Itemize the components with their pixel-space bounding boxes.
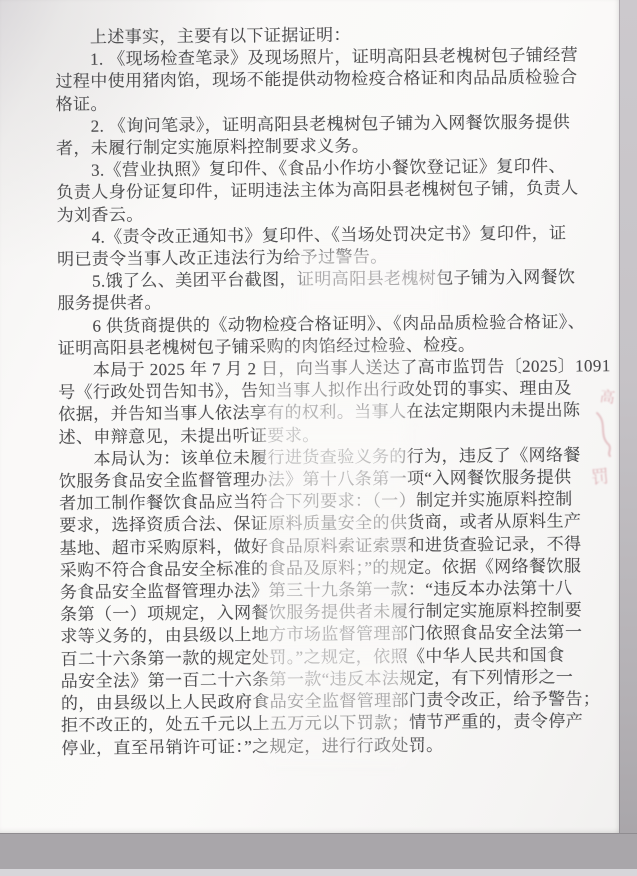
seal-stroke-mark (594, 411, 616, 457)
paper-sheet: 上述事实，主要有以下证据证明： 1. 《现场检查笔录》及现场照片，证明高阳县老槐… (0, 0, 620, 833)
scanner-platen-strip (0, 869, 637, 876)
document-body: 上述事实，主要有以下证据证明： 1. 《现场检查笔录》及现场照片，证明高阳县老槐… (55, 22, 621, 760)
scanned-page: 上述事实，主要有以下证据证明： 1. 《现场检查笔录》及现场照片，证明高阳县老槐… (0, 0, 637, 876)
scanner-background-right (619, 0, 637, 833)
seal-character-top: 高 (599, 385, 617, 408)
text-line: 停业，直至吊销许可证：”之规定，进行行政处罚。 (61, 733, 621, 760)
scanner-background-bottom (0, 833, 637, 870)
seal-character-bottom: 罚 (590, 462, 611, 490)
